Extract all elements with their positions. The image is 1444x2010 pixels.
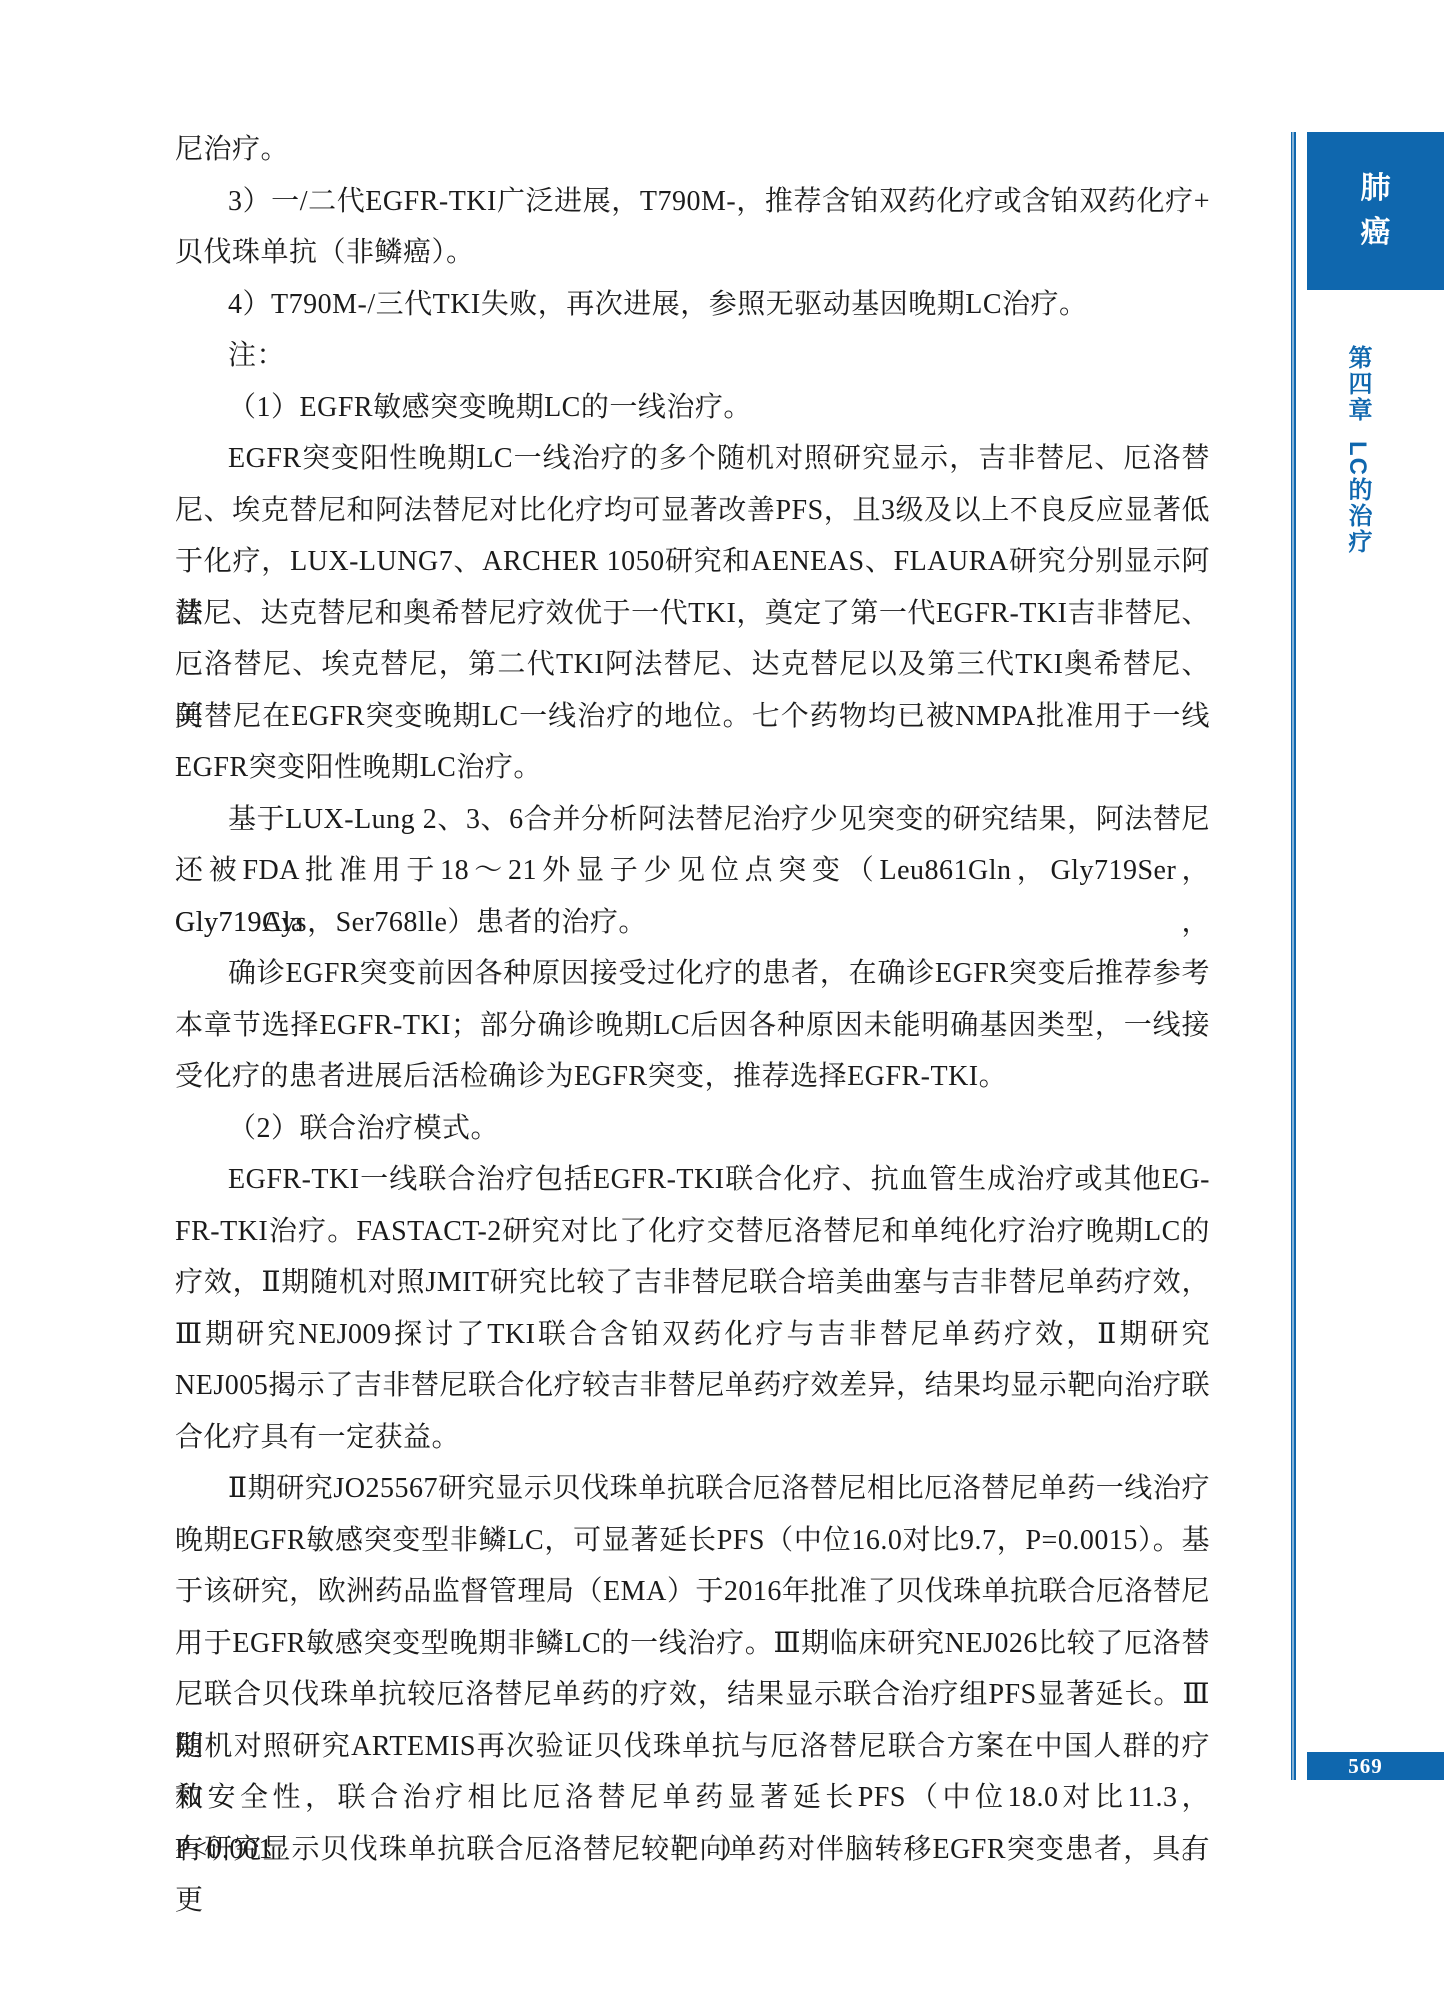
- body-text-column: 尼治疗。3）一/二代EGFR-TKI广泛进展，T790M-，推荐含铂双药化疗或含…: [175, 124, 1210, 1875]
- text-line: 随机对照研究ARTEMIS再次验证贝伐珠单抗与厄洛替尼联合方案在中国人群的疗效: [175, 1721, 1210, 1773]
- text-line: 晚期EGFR敏感突变型非鳞LC，可显著延长PFS（中位16.0对比9.7，P=0…: [175, 1515, 1210, 1567]
- text-line: EGFR-TKI一线联合治疗包括EGFR-TKI联合化疗、抗血管生成治疗或其他E…: [175, 1154, 1210, 1206]
- text-line: 和安全性，联合治疗相比厄洛替尼单药显著延长PFS（中位18.0对比11.3，P<…: [175, 1772, 1210, 1824]
- text-line: EGFR突变阳性晚期LC治疗。: [175, 742, 1210, 794]
- text-line: 疗效，Ⅱ期随机对照JMIT研究比较了吉非替尼联合培美曲塞与吉非替尼单药疗效，: [175, 1257, 1210, 1309]
- text-line: FR-TKI治疗。FASTACT-2研究对比了化疗交替厄洛替尼和单纯化疗治疗晚期…: [175, 1206, 1210, 1258]
- text-line: 尼联合贝伐珠单抗较厄洛替尼单药的疗效，结果显示联合治疗组PFS显著延长。Ⅲ期: [175, 1669, 1210, 1721]
- text-line: 基于LUX-Lung 2、3、6合并分析阿法替尼治疗少见突变的研究结果，阿法替尼: [175, 794, 1210, 846]
- text-line: 美替尼在EGFR突变晚期LC一线治疗的地位。七个药物均已被NMPA批准用于一线: [175, 691, 1210, 743]
- text-line: 本章节选择EGFR-TKI；部分确诊晚期LC后因各种原因未能明确基因类型，一线接: [175, 1000, 1210, 1052]
- text-line: 4）T790M-/三代TKI失败，再次进展，参照无驱动基因晚期LC治疗。: [175, 279, 1210, 331]
- text-line: （1）EGFR敏感突变晚期LC的一线治疗。: [175, 382, 1210, 434]
- text-line: Ⅲ期研究NEJ009探讨了TKI联合含铂双药化疗与吉非替尼单药疗效，Ⅱ期研究: [175, 1309, 1210, 1361]
- book-page: 尼治疗。3）一/二代EGFR-TKI广泛进展，T790M-，推荐含铂双药化疗或含…: [0, 0, 1444, 2010]
- page-number: 569: [1348, 1754, 1383, 1779]
- text-line: EGFR突变阳性晚期LC一线治疗的多个随机对照研究显示，吉非替尼、厄洛替: [175, 433, 1210, 485]
- text-line: 尼、埃克替尼和阿法替尼对比化疗均可显著改善PFS，且3级及以上不良反应显著低: [175, 485, 1210, 537]
- text-line: 合化疗具有一定获益。: [175, 1412, 1210, 1464]
- text-line: NEJ005揭示了吉非替尼联合化疗较吉非替尼单药疗效差异，结果均显示靶向治疗联: [175, 1360, 1210, 1412]
- chapter-heading-vertical: 第四章LC的治疗: [1340, 345, 1375, 605]
- page-number-badge: 569: [1307, 1752, 1444, 1780]
- text-line: 还被FDA批准用于18～21外显子少见位点突变（Leu861Gln，Gly719…: [175, 845, 1210, 897]
- text-line: 注：: [175, 330, 1210, 382]
- chapter-title-label: LC的治疗: [1344, 441, 1371, 555]
- text-line: 贝伐珠单抗（非鳞癌）。: [175, 227, 1210, 279]
- chapter-number-label: 第四章: [1344, 345, 1371, 423]
- text-line: 用于EGFR敏感突变型晚期非鳞LC的一线治疗。Ⅲ期临床研究NEJ026比较了厄洛…: [175, 1618, 1210, 1670]
- text-line: 有研究显示贝伐珠单抗联合厄洛替尼较靶向单药对伴脑转移EGFR突变患者，具有更: [175, 1824, 1210, 1876]
- text-line: 于该研究，欧洲药品监督管理局（EMA）于2016年批准了贝伐珠单抗联合厄洛替尼: [175, 1566, 1210, 1618]
- sidebar-rule: [1291, 132, 1296, 1780]
- text-line: （2）联合治疗模式。: [175, 1103, 1210, 1155]
- text-line: 确诊EGFR突变前因各种原因接受过化疗的患者，在确诊EGFR突变后推荐参考: [175, 948, 1210, 1000]
- text-line: 尼治疗。: [175, 124, 1210, 176]
- tab-label: 肺癌: [1360, 167, 1392, 255]
- text-line: 受化疗的患者进展后活检确诊为EGFR突变，推荐选择EGFR-TKI。: [175, 1051, 1210, 1103]
- text-line: 3）一/二代EGFR-TKI广泛进展，T790M-，推荐含铂双药化疗或含铂双药化…: [175, 176, 1210, 228]
- text-line: 替尼、达克替尼和奥希替尼疗效优于一代TKI，奠定了第一代EGFR-TKI吉非替尼…: [175, 588, 1210, 640]
- chapter-tab-lung-cancer: 肺癌: [1307, 132, 1444, 290]
- text-line: Ⅱ期研究JO25567研究显示贝伐珠单抗联合厄洛替尼相比厄洛替尼单药一线治疗: [175, 1463, 1210, 1515]
- text-line: 厄洛替尼、埃克替尼，第二代TKI阿法替尼、达克替尼以及第三代TKI奥希替尼、阿: [175, 639, 1210, 691]
- text-line: 于化疗，LUX-LUNG7、ARCHER 1050研究和AENEAS、FLAUR…: [175, 536, 1210, 588]
